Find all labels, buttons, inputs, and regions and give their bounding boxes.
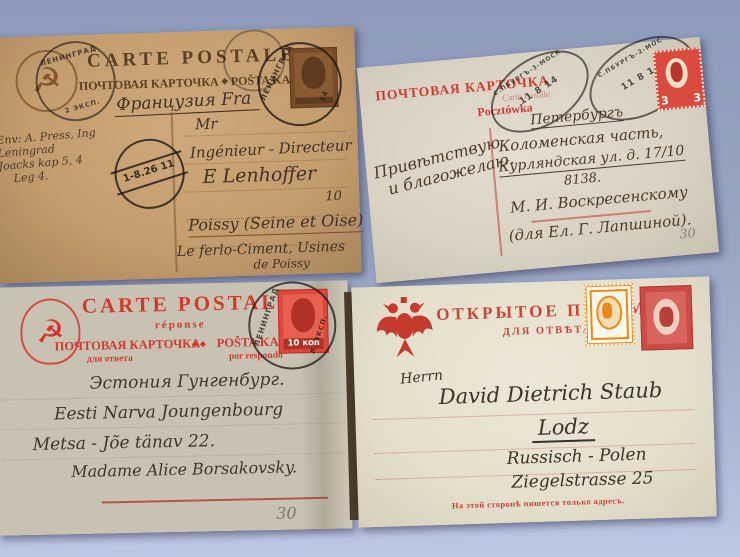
postmark-exp-text: 2 ЭКСП. [45,92,120,120]
postmark-town-text: ЛЕНИНГРАД [248,275,284,357]
handwriting-number: 10 [325,189,342,205]
photo-of-postcards: ☭ ЛЕНИНГРАД 2 ЭКСП. CARTE POSTALE ПОЧТОВ… [0,0,740,557]
handwriting-number: 8138. [563,170,601,188]
line-russian-sub: для ответа [87,354,133,365]
postmark-leningrad: ЛЕНИНГРАД Л. ЭКСП. [236,270,348,382]
imperial-eagle-icon [374,295,436,363]
pencil-note: 30 [679,226,697,242]
handwriting-street: Metsa - Jõe tänav 22. [33,431,216,455]
postmark-num-text: 14 [303,58,345,133]
handwriting-addressee: М. И. Воскресенскому [509,183,688,217]
handwriting-addressee: Madame Alice Borsakovsky. [71,457,297,481]
stamp-value-right: 3 [693,91,702,105]
handwriting-country: Эстония Гунгенбург. [89,370,284,394]
adhesive-stamp-orange-1kop [583,283,635,347]
handwriting-country: Французия Fra [114,88,260,117]
postcard-bottom-right: ОТКРЫТОЕ ПИСЬМО ДЛЯ ОТВѢТА. Herrn David … [351,276,716,527]
handwriting-salutation: Herrn [399,367,443,387]
handwriting-region: Russisch - Polen [506,444,646,468]
soviet-arms-icon: ☭ [20,298,81,365]
handwriting-town: Poissy (Seine et Oise) [188,210,364,237]
address-ruling [2,392,342,400]
imprinted-stamp-red-3kop [639,285,693,351]
subtitle-separator-icon: ◆ [222,76,228,85]
handwriting-company-2: de Poissy [253,256,310,272]
handwriting-addressee-title: Mr [195,115,218,134]
postmark-bridge-cancel: 1-8.26 11 [106,130,194,218]
adhesive-stamp-red-3kop: 3 3 [653,47,706,111]
handwriting-addressee-role: Ingénieur - Directeur [190,136,353,162]
handwriting-sender-block: Env: A. Press, Ing Leningrad Joacks kap … [0,126,99,186]
handwriting-street: Ziegelstrasse 25 [511,468,654,492]
stamp-value: 3 [661,94,670,108]
handwriting-town: Eesti Narva Joungenbourg [54,400,283,425]
card-footer-note: На этой сторонѣ пишется только адресъ. [398,494,678,513]
postcard-top-left: ☭ ЛЕНИНГРАД 2 ЭКСП. CARTE POSTALE ПОЧТОВ… [0,26,362,283]
header-ornament-icon: ◆◆ [192,339,208,348]
postcard-top-right: ПОЧТОВАЯ КАРТОЧКА Carte Postale Pocztówk… [357,37,719,283]
pencil-note: 30 [276,503,297,522]
line-russian: ПОЧТОВАЯ КАРТОЧКА [55,336,201,354]
handwriting-addressee: David Dietrich Staub [438,378,662,409]
postmark-exp-text: Л. ЭКСП. [301,293,336,375]
handwriting-addressee-name: E Lenhoffer [202,163,316,189]
postcard-bottom-left: ☭ CARTE POSTALE réponse ПОЧТОВАЯ КАРТОЧК… [0,280,353,535]
handwriting-city: Lodz [531,414,595,443]
